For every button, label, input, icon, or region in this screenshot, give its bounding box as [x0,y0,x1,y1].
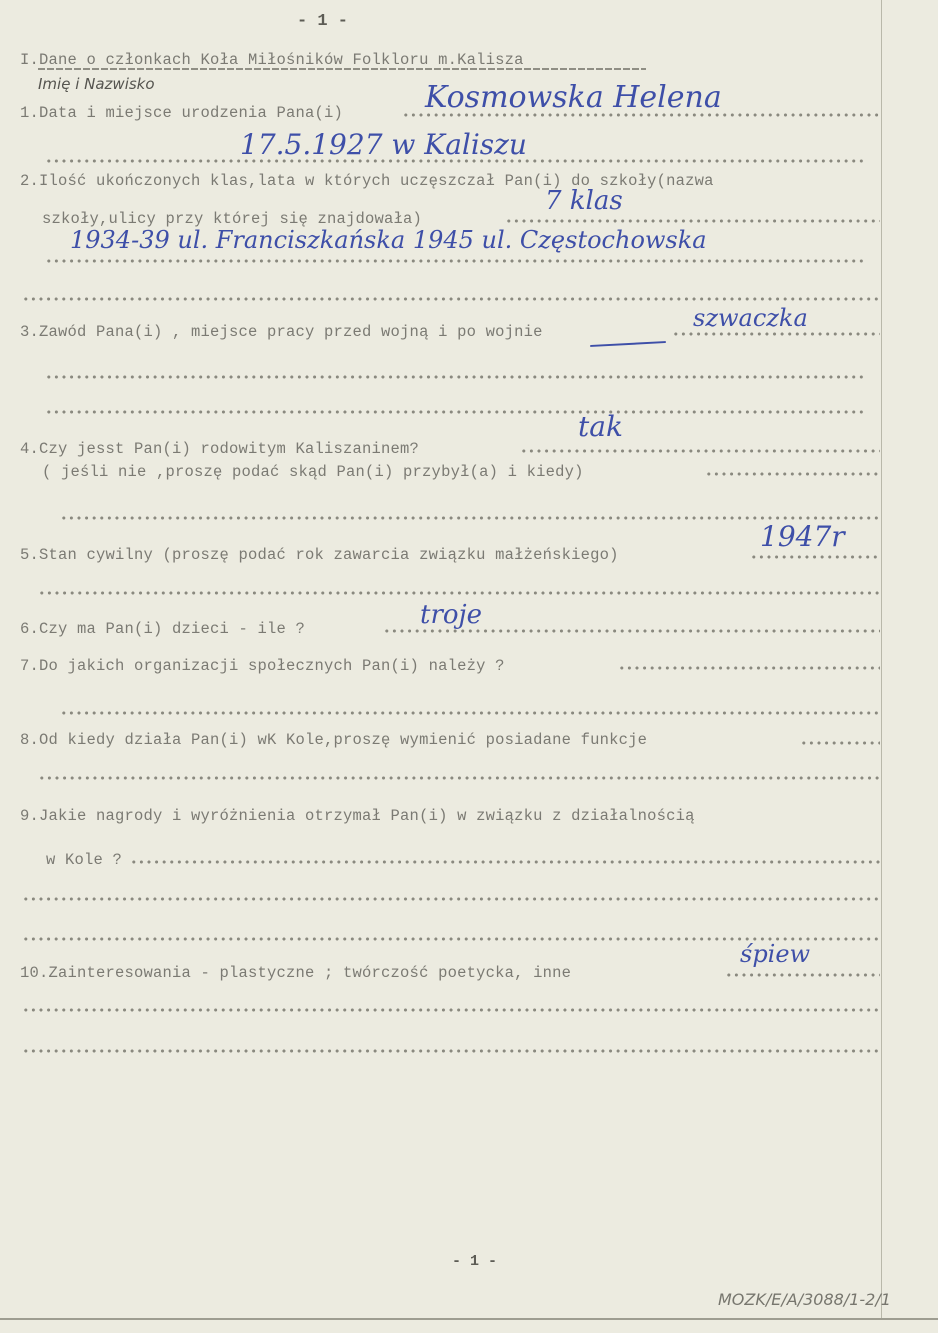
name-label-handwritten: Imię i Nazwisko [38,75,155,93]
answer-10: śpiew [740,940,810,968]
question-4-subtext: ( jeśli nie ,proszę podać skąd Pan(i) pr… [42,463,584,481]
answer-4: tak [578,410,623,443]
answer-line-5 [750,555,880,559]
answer-3: szwaczka [693,304,808,332]
answer-6: troje [420,600,482,630]
answer-line-9 [130,860,880,864]
answer-line-7b [60,711,880,715]
answer-line-3b [45,375,865,379]
question-7-text: 7.Do jakich organizacji społecznych Pan(… [20,657,505,675]
question-3-text: 3.Zawód Pana(i) , miejsce pracy przed wo… [20,323,543,341]
answer-1: 17.5.1927 w Kaliszu [240,128,527,161]
section-title: I.Dane o członkach Koła Miłośników Folkl… [20,51,524,69]
answer-line-8b [38,776,880,780]
answer-name: Kosmowska Helena [425,80,722,115]
answer-line-2b [45,259,865,263]
question-10-text: 10.Zainteresowania - plastyczne ; twórcz… [20,964,571,982]
answer-line-2c [22,297,880,301]
page-edge-rule [881,0,882,1320]
question-5-text: 5.Stan cywilny (proszę podać rok zawarci… [20,546,619,564]
answer-line-10c [22,1049,880,1053]
page-number-top: - 1 - [297,12,348,31]
answer-line-4b [705,472,880,476]
answer-line-10 [725,973,880,977]
answer-line-7 [618,666,880,670]
answer-line-9b [22,897,880,901]
answer-2a: 7 klas [545,186,623,216]
document-page: - 1 - I.Dane o członkach Koła Miłośników… [0,0,938,1333]
page-bottom-edge [0,1318,938,1320]
question-1-text: 1.Data i miejsce urodzenia Pana(i) [20,104,343,122]
answer-line-2a [505,219,880,223]
question-8-text: 8.Od kiedy działa Pan(i) wK Kole,proszę … [20,731,647,749]
question-9-text-line2: w Kole ? [46,851,122,869]
answer-line-3a [672,332,880,336]
handwritten-underline [590,341,666,347]
question-9-text-line1: 9.Jakie nagrody i wyróżnienia otrzymał P… [20,807,695,825]
title-underline [38,68,646,70]
page-number-bottom: - 1 - [452,1253,497,1270]
answer-2b: 1934-39 ul. Franciszkańska 1945 ul. Częs… [70,226,707,254]
answer-line-4c [60,516,880,520]
archive-reference: MOZK/E/A/3088/1-2/1 [718,1290,891,1309]
answer-5: 1947r [760,520,845,553]
answer-line-10b [22,1008,880,1012]
question-4-text: 4.Czy jesst Pan(i) rodowitym Kaliszanine… [20,440,419,458]
answer-line-3c [45,410,865,414]
question-6-text: 6.Czy ma Pan(i) dzieci - ile ? [20,620,305,638]
answer-line-5b [38,591,880,595]
answer-line-4 [520,449,880,453]
answer-line-8 [800,741,880,745]
